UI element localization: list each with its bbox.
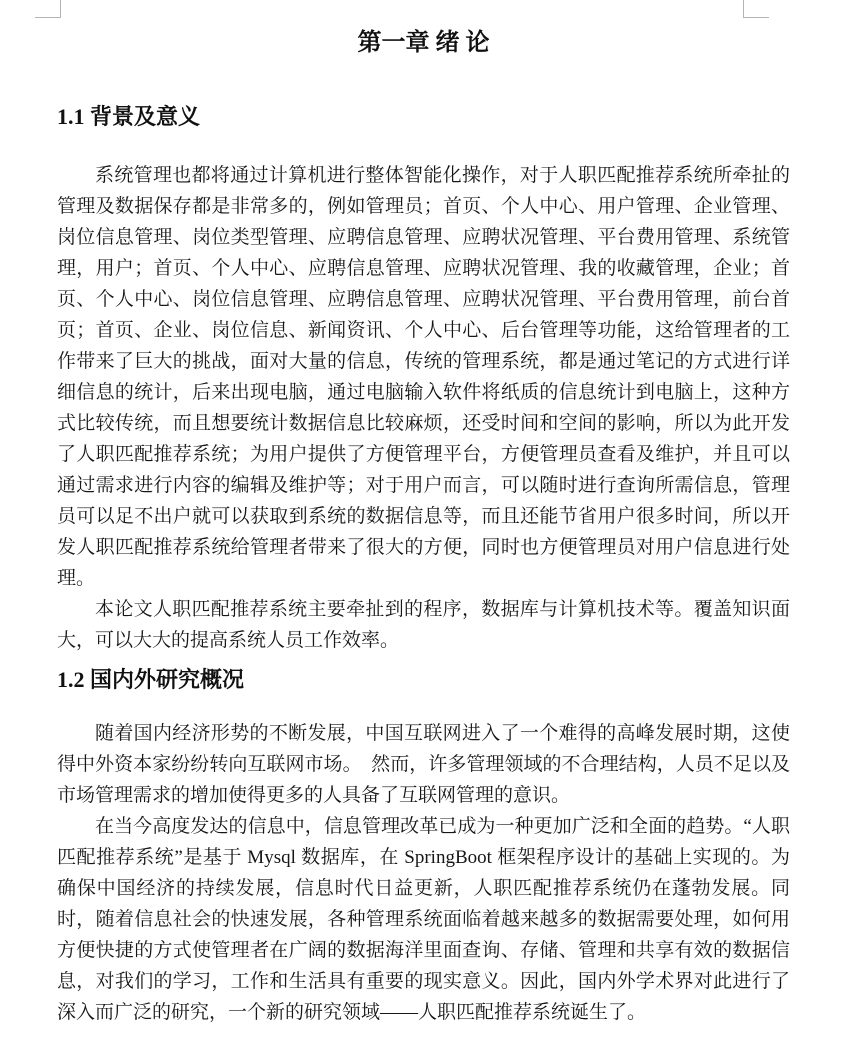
section-heading-1-2: 1.2 国内外研究概况 [57,666,790,694]
chapter-title: 第一章 绪 论 [57,28,790,58]
page-content: 第一章 绪 论 1.1 背景及意义 系统管理也都将通过计算机进行整体智能化操作，… [57,0,790,1028]
paragraph-background-1: 系统管理也都将通过计算机进行整体智能化操作，对于人职匹配推荐系统所牵扯的管理及数… [57,160,790,594]
paragraph-research-1: 随着国内经济形势的不断发展，中国互联网进入了一个难得的高峰发展时期，这使得中外资… [57,718,790,811]
section-heading-1-1: 1.1 背景及意义 [57,103,790,131]
paragraph-background-2: 本论文人职匹配推荐系统主要牵扯到的程序，数据库与计算机技术等。覆盖知识面大，可以… [57,594,790,656]
document-page: 第一章 绪 论 1.1 背景及意义 系统管理也都将通过计算机进行整体智能化操作，… [0,0,847,1044]
paragraph-research-2: 在当今高度发达的信息中，信息管理改革已成为一种更加广泛和全面的趋势。“人职匹配推… [57,811,790,1028]
